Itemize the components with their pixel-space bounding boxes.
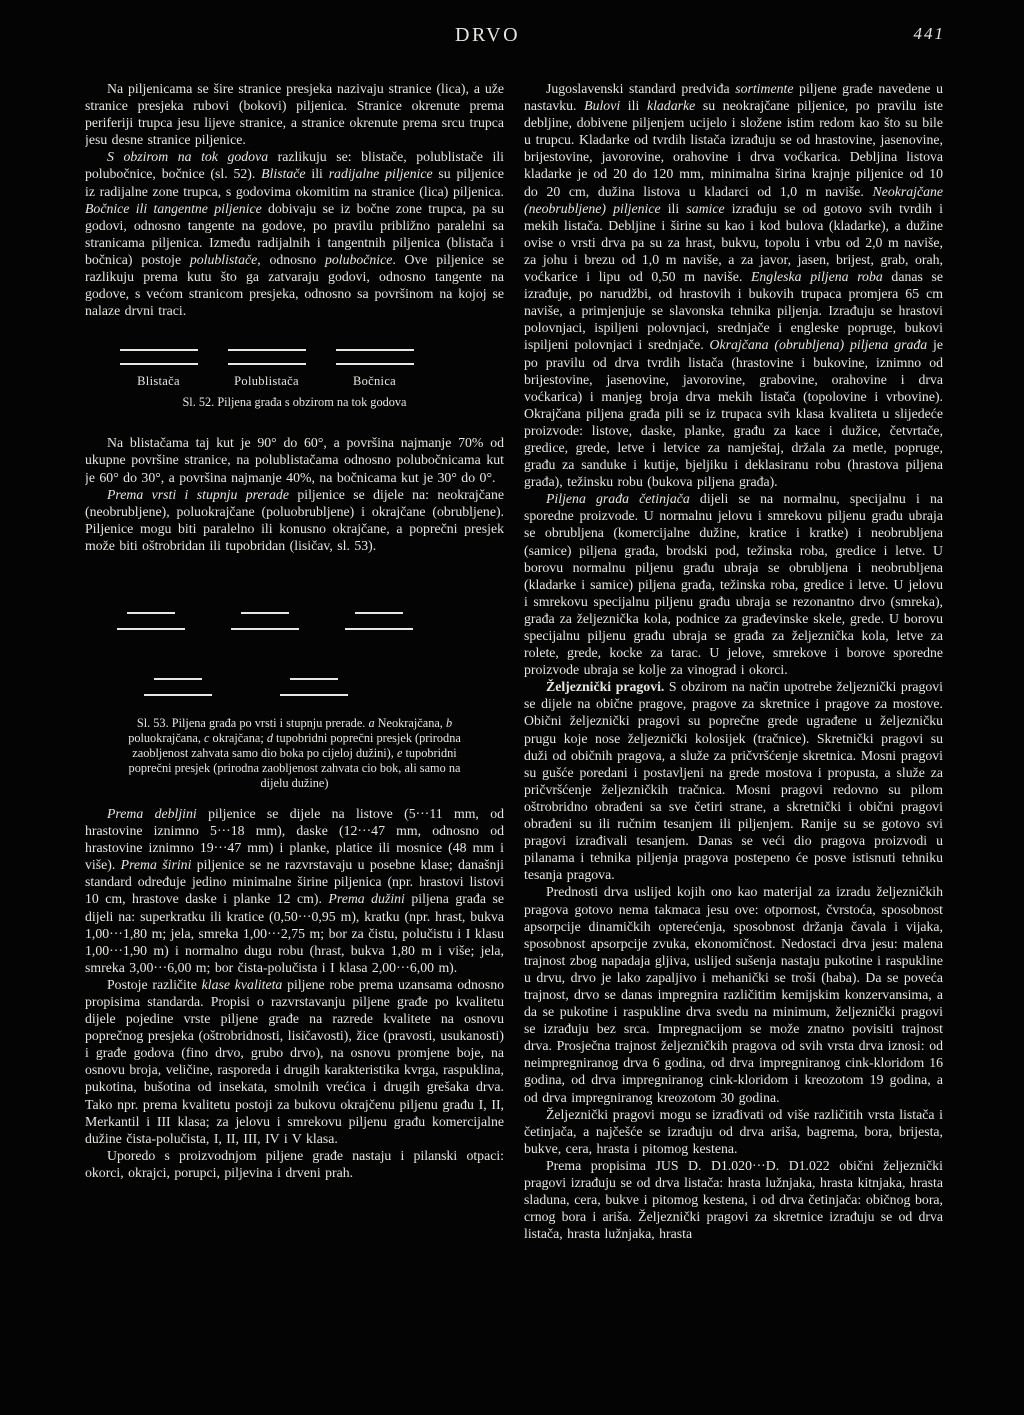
figure-sl53: Sl. 53. Piljena građa po vrsti i stupnju… xyxy=(85,612,504,791)
paragraph: Uporedo s proizvodnjom piljene građe nas… xyxy=(85,1147,504,1181)
paragraph: Jugoslavenski standard predviđa sortimen… xyxy=(524,80,943,490)
figure-sl52-caption: Sl. 52. Piljena građa s obzirom na tok g… xyxy=(119,395,471,410)
figure-label: Polublistača xyxy=(234,374,299,389)
figure-sl53-caption: Sl. 53. Piljena građa po vrsti i stupnju… xyxy=(119,716,471,791)
board-cross-section-icon xyxy=(345,612,413,630)
paragraph: Postoje različite klase kvaliteta piljen… xyxy=(85,976,504,1147)
page-number: 441 xyxy=(914,24,946,44)
board-cross-section-icon xyxy=(228,349,306,365)
board-diagram-polublistaca: Polublistača xyxy=(228,349,306,389)
paragraph: Piljena građa četinjača dijeli se na nor… xyxy=(524,490,943,678)
paragraph: Prema propisima JUS D. D1.020···D. D1.02… xyxy=(524,1157,943,1242)
paragraph: Prema debljini piljenice se dijele na li… xyxy=(85,805,504,976)
page-title: DRVO xyxy=(455,24,520,47)
paragraph-group: Prema debljini piljenice se dijele na li… xyxy=(85,805,504,1181)
paragraph: Prednosti drva uslijed kojih ono kao mat… xyxy=(524,883,943,1105)
figure-sl53-top-row xyxy=(85,612,474,630)
paragraph: Željeznički pragovi mogu se izrađivati o… xyxy=(524,1106,943,1157)
board-cross-section-icon xyxy=(280,678,348,696)
figure-sl52-diagrams: Blistača Polublistača Bočnica xyxy=(85,349,476,389)
scanned-book-page: DRVO 441 Na piljenicama se šire stranice… xyxy=(0,0,1024,1415)
board-cross-section-icon xyxy=(336,349,414,365)
figure-sl52: Blistača Polublistača Bočnica Sl. 52. Pi… xyxy=(85,349,504,410)
paragraph: Na blistačama taj kut je 90° do 60°, a p… xyxy=(85,434,504,485)
board-diagram-bocnica: Bočnica xyxy=(336,349,414,389)
paragraph: Željeznički pragovi. S obzirom na način … xyxy=(524,678,943,883)
paragraph-group: Na piljenicama se šire stranice presjeka… xyxy=(85,80,504,319)
figure-label: Blistača xyxy=(137,374,180,389)
paragraph: S obzirom na tok godova razlikuju se: bl… xyxy=(85,148,504,319)
page-header: DRVO 441 xyxy=(85,24,945,54)
board-cross-section-icon xyxy=(231,612,299,630)
text-columns: Na piljenicama se šire stranice presjeka… xyxy=(85,80,943,1415)
paragraph: Na piljenicama se šire stranice presjeka… xyxy=(85,80,504,148)
board-cross-section-icon xyxy=(144,678,212,696)
board-diagram-blistaca: Blistača xyxy=(120,349,198,389)
board-cross-section-icon xyxy=(120,349,198,365)
left-column: Na piljenicama se šire stranice presjeka… xyxy=(85,80,504,1415)
paragraph-group: Jugoslavenski standard predviđa sortimen… xyxy=(524,80,943,1242)
paragraph: Prema vrsti i stupnju prerade piljenice … xyxy=(85,486,504,554)
board-cross-section-icon xyxy=(117,612,185,630)
figure-label: Bočnica xyxy=(353,374,396,389)
right-column: Jugoslavenski standard predviđa sortimen… xyxy=(524,80,943,1415)
paragraph-group: Na blistačama taj kut je 90° do 60°, a p… xyxy=(85,434,504,554)
figure-sl53-bottom-row xyxy=(85,678,455,696)
